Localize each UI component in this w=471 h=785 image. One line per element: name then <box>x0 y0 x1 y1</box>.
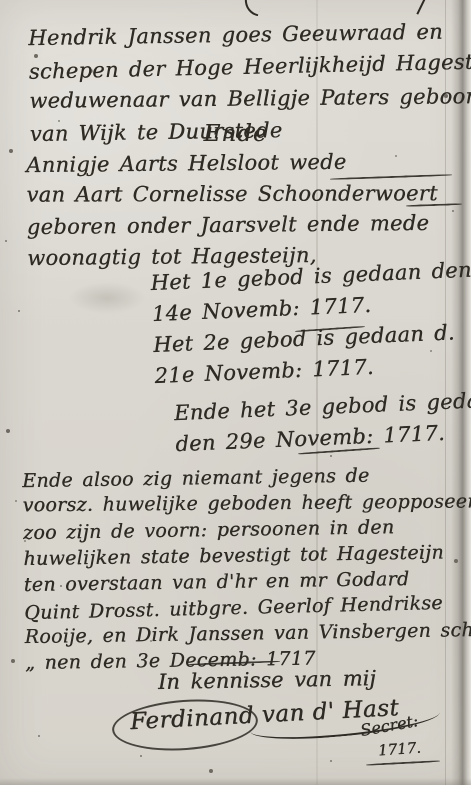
text-line: voorsz. huwelijke geboden heeft geoppose… <box>22 488 471 518</box>
signature-year: 1717. <box>377 739 421 760</box>
text-line: weduwenaar van Belligje Paters geboortig <box>29 80 471 117</box>
attestation-line: In kennisse van mij <box>158 666 376 694</box>
text-line: geboren onder Jaarsvelt ende mede <box>27 208 439 243</box>
cropped-stroke-top <box>241 0 264 16</box>
manuscript-page: Hendrik Janssen goes Geeuwraad en schepe… <box>0 0 471 785</box>
text-line: van Aart Cornelisse Schoonderwoert <box>26 178 437 210</box>
ink-stroke <box>366 760 440 766</box>
paper-speckles <box>0 0 2 2</box>
banns-block: Het 1e gebod is gedaan den 14e Novemb: 1… <box>150 253 471 460</box>
ink-smudge <box>68 282 146 314</box>
cropped-stroke-top <box>416 0 425 15</box>
page-bottom-edge <box>0 778 471 785</box>
bride-paragraph: Annigje Aarts Helsloot wede van Aart Cor… <box>26 146 439 274</box>
marriage-paragraph: Ende alsoo zig niemant jegens de voorsz.… <box>22 460 471 676</box>
ende-heading: Ende <box>0 121 471 147</box>
